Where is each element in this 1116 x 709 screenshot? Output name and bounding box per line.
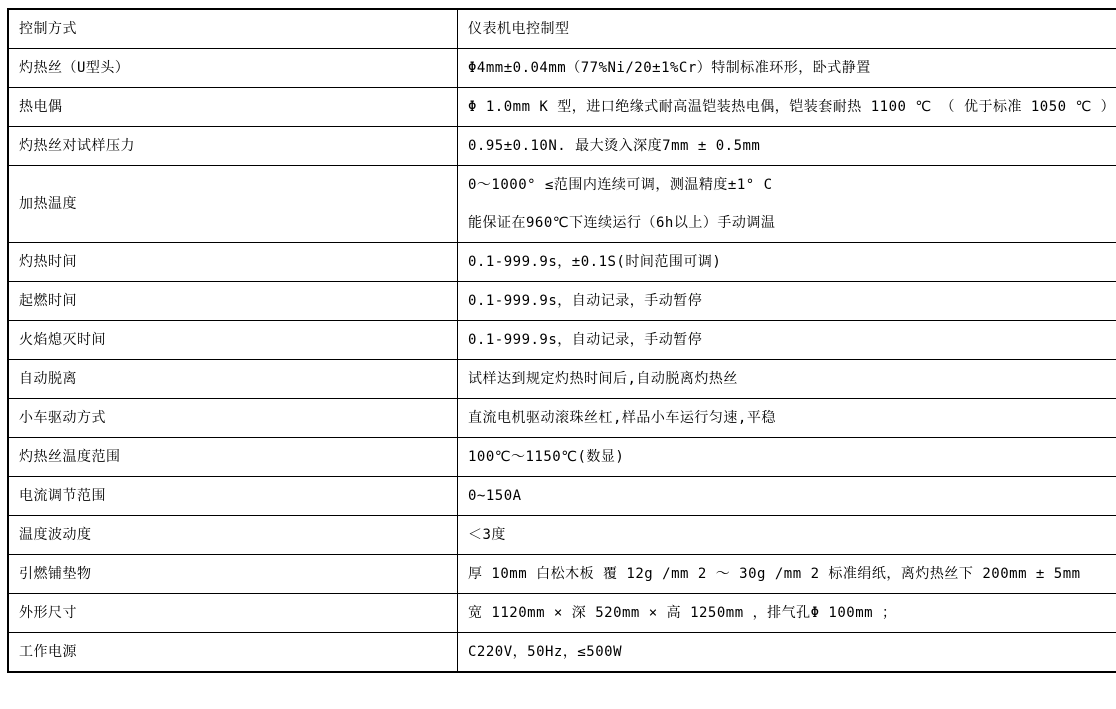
spec-value-line: 0.95±0.10N. 最大烫入深度7mm ± 0.5mm xyxy=(468,127,1116,165)
spec-value-line: Φ 1.0mm K 型，进口绝缘式耐高温铠装热电偶，铠装套耐热 1100 ℃ （… xyxy=(468,88,1116,126)
spec-label: 灼热时间 xyxy=(19,243,447,281)
spec-value-line: 厚 10mm 白松木板 覆 12g /mm 2 ～ 30g /mm 2 标准绢纸… xyxy=(468,555,1116,593)
spec-value-cell: 试样达到规定灼热时间后,自动脱离灼热丝 xyxy=(458,360,1116,399)
table-row: 引燃铺垫物 厚 10mm 白松木板 覆 12g /mm 2 ～ 30g /mm … xyxy=(8,555,1116,594)
spec-value-cell: ＜3度 xyxy=(458,516,1116,555)
spec-label: 加热温度 xyxy=(19,185,447,223)
spec-value-cell: 厚 10mm 白松木板 覆 12g /mm 2 ～ 30g /mm 2 标准绢纸… xyxy=(458,555,1116,594)
spec-label: 引燃铺垫物 xyxy=(19,555,447,593)
spec-value-cell: C220V，50Hz，≤500W xyxy=(458,633,1116,673)
spec-value-cell: 0～1000° ≤范围内连续可调，测温精度±1° C能保证在960℃下连续运行（… xyxy=(458,166,1116,243)
spec-label-cell: 外形尺寸 xyxy=(8,594,458,633)
spec-value-line: 直流电机驱动滚珠丝杠,样品小车运行匀速,平稳 xyxy=(468,399,1116,437)
spec-label-cell: 电流调节范围 xyxy=(8,477,458,516)
table-row: 起燃时间 0.1-999.9s，自动记录，手动暂停 xyxy=(8,282,1116,321)
table-row: 灼热时间 0.1-999.9s，±0.1S(时间范围可调) xyxy=(8,243,1116,282)
table-row: 灼热丝（U型头） Φ4mm±0.04mm（77%Ni/20±1%Cr）特制标准环… xyxy=(8,49,1116,88)
spec-label-cell: 加热温度 xyxy=(8,166,458,243)
table-row: 火焰熄灭时间 0.1-999.9s，自动记录，手动暂停 xyxy=(8,321,1116,360)
spec-label-cell: 温度波动度 xyxy=(8,516,458,555)
spec-label: 起燃时间 xyxy=(19,282,447,320)
spec-label: 自动脱离 xyxy=(19,360,447,398)
spec-label: 灼热丝（U型头） xyxy=(19,49,447,87)
spec-label-cell: 自动脱离 xyxy=(8,360,458,399)
spec-value-line: 能保证在960℃下连续运行（6h以上）手动调温 xyxy=(468,204,1116,242)
table-row: 加热温度 0～1000° ≤范围内连续可调，测温精度±1° C能保证在960℃下… xyxy=(8,166,1116,243)
spec-label: 外形尺寸 xyxy=(19,594,447,632)
spec-value-cell: 宽 1120mm × 深 520mm × 高 1250mm ，排气孔Φ 100m… xyxy=(458,594,1116,633)
spec-label-cell: 灼热丝（U型头） xyxy=(8,49,458,88)
spec-label-cell: 小车驱动方式 xyxy=(8,399,458,438)
spec-value-line: ＜3度 xyxy=(468,516,1116,554)
spec-value-line: 仪表机电控制型 xyxy=(468,10,1116,48)
table-row: 灼热丝对试样压力 0.95±0.10N. 最大烫入深度7mm ± 0.5mm xyxy=(8,127,1116,166)
table-row: 工作电源 C220V，50Hz，≤500W xyxy=(8,633,1116,673)
spec-value-line: 0~150A xyxy=(468,477,1116,515)
spec-label: 工作电源 xyxy=(19,633,447,671)
spec-value-cell: Φ4mm±0.04mm（77%Ni/20±1%Cr）特制标准环形，卧式静置 xyxy=(458,49,1116,88)
spec-label-cell: 热电偶 xyxy=(8,88,458,127)
spec-value-cell: 仪表机电控制型 xyxy=(458,9,1116,49)
spec-value-cell: 0.1-999.9s，自动记录，手动暂停 xyxy=(458,321,1116,360)
spec-value-line: 0～1000° ≤范围内连续可调，测温精度±1° C xyxy=(468,166,1116,204)
spec-value-cell: 100℃～1150℃(数显) xyxy=(458,438,1116,477)
spec-label: 控制方式 xyxy=(19,10,447,48)
spec-label-cell: 灼热丝对试样压力 xyxy=(8,127,458,166)
spec-value-cell: 直流电机驱动滚珠丝杠,样品小车运行匀速,平稳 xyxy=(458,399,1116,438)
spec-label: 小车驱动方式 xyxy=(19,399,447,437)
spec-label-cell: 灼热时间 xyxy=(8,243,458,282)
spec-value-line: 0.1-999.9s，自动记录，手动暂停 xyxy=(468,321,1116,359)
table-row: 自动脱离 试样达到规定灼热时间后,自动脱离灼热丝 xyxy=(8,360,1116,399)
spec-value-line: 宽 1120mm × 深 520mm × 高 1250mm ，排气孔Φ 100m… xyxy=(468,594,1116,632)
table-row: 电流调节范围 0~150A xyxy=(8,477,1116,516)
spec-value-line: 0.1-999.9s，自动记录，手动暂停 xyxy=(468,282,1116,320)
spec-label: 火焰熄灭时间 xyxy=(19,321,447,359)
spec-label-cell: 灼热丝温度范围 xyxy=(8,438,458,477)
table-row: 小车驱动方式 直流电机驱动滚珠丝杠,样品小车运行匀速,平稳 xyxy=(8,399,1116,438)
spec-value-cell: 0.1-999.9s，±0.1S(时间范围可调) xyxy=(458,243,1116,282)
table-row: 温度波动度 ＜3度 xyxy=(8,516,1116,555)
spec-label: 热电偶 xyxy=(19,88,447,126)
table-row: 外形尺寸 宽 1120mm × 深 520mm × 高 1250mm ，排气孔Φ… xyxy=(8,594,1116,633)
spec-value-cell: 0.1-999.9s，自动记录，手动暂停 xyxy=(458,282,1116,321)
spec-label: 温度波动度 xyxy=(19,516,447,554)
spec-table: 控制方式 仪表机电控制型 灼热丝（U型头） Φ4mm±0.04mm（77%Ni/… xyxy=(7,8,1116,673)
spec-value-line: Φ4mm±0.04mm（77%Ni/20±1%Cr）特制标准环形，卧式静置 xyxy=(468,49,1116,87)
table-row: 控制方式 仪表机电控制型 xyxy=(8,9,1116,49)
spec-value-line: 100℃～1150℃(数显) xyxy=(468,438,1116,476)
spec-label: 电流调节范围 xyxy=(19,477,447,515)
spec-label: 灼热丝对试样压力 xyxy=(19,127,447,165)
spec-value-cell: 0.95±0.10N. 最大烫入深度7mm ± 0.5mm xyxy=(458,127,1116,166)
spec-page: 控制方式 仪表机电控制型 灼热丝（U型头） Φ4mm±0.04mm（77%Ni/… xyxy=(0,0,1116,709)
spec-value-line: C220V，50Hz，≤500W xyxy=(468,633,1116,671)
spec-value-cell: Φ 1.0mm K 型，进口绝缘式耐高温铠装热电偶，铠装套耐热 1100 ℃ （… xyxy=(458,88,1116,127)
spec-label-cell: 火焰熄灭时间 xyxy=(8,321,458,360)
spec-label: 灼热丝温度范围 xyxy=(19,438,447,476)
spec-table-body: 控制方式 仪表机电控制型 灼热丝（U型头） Φ4mm±0.04mm（77%Ni/… xyxy=(8,9,1116,672)
spec-value-line: 试样达到规定灼热时间后,自动脱离灼热丝 xyxy=(468,360,1116,398)
spec-label-cell: 引燃铺垫物 xyxy=(8,555,458,594)
spec-value-cell: 0~150A xyxy=(458,477,1116,516)
spec-label-cell: 控制方式 xyxy=(8,9,458,49)
table-row: 热电偶 Φ 1.0mm K 型，进口绝缘式耐高温铠装热电偶，铠装套耐热 1100… xyxy=(8,88,1116,127)
table-row: 灼热丝温度范围 100℃～1150℃(数显) xyxy=(8,438,1116,477)
spec-label-cell: 起燃时间 xyxy=(8,282,458,321)
spec-value-line: 0.1-999.9s，±0.1S(时间范围可调) xyxy=(468,243,1116,281)
spec-label-cell: 工作电源 xyxy=(8,633,458,673)
